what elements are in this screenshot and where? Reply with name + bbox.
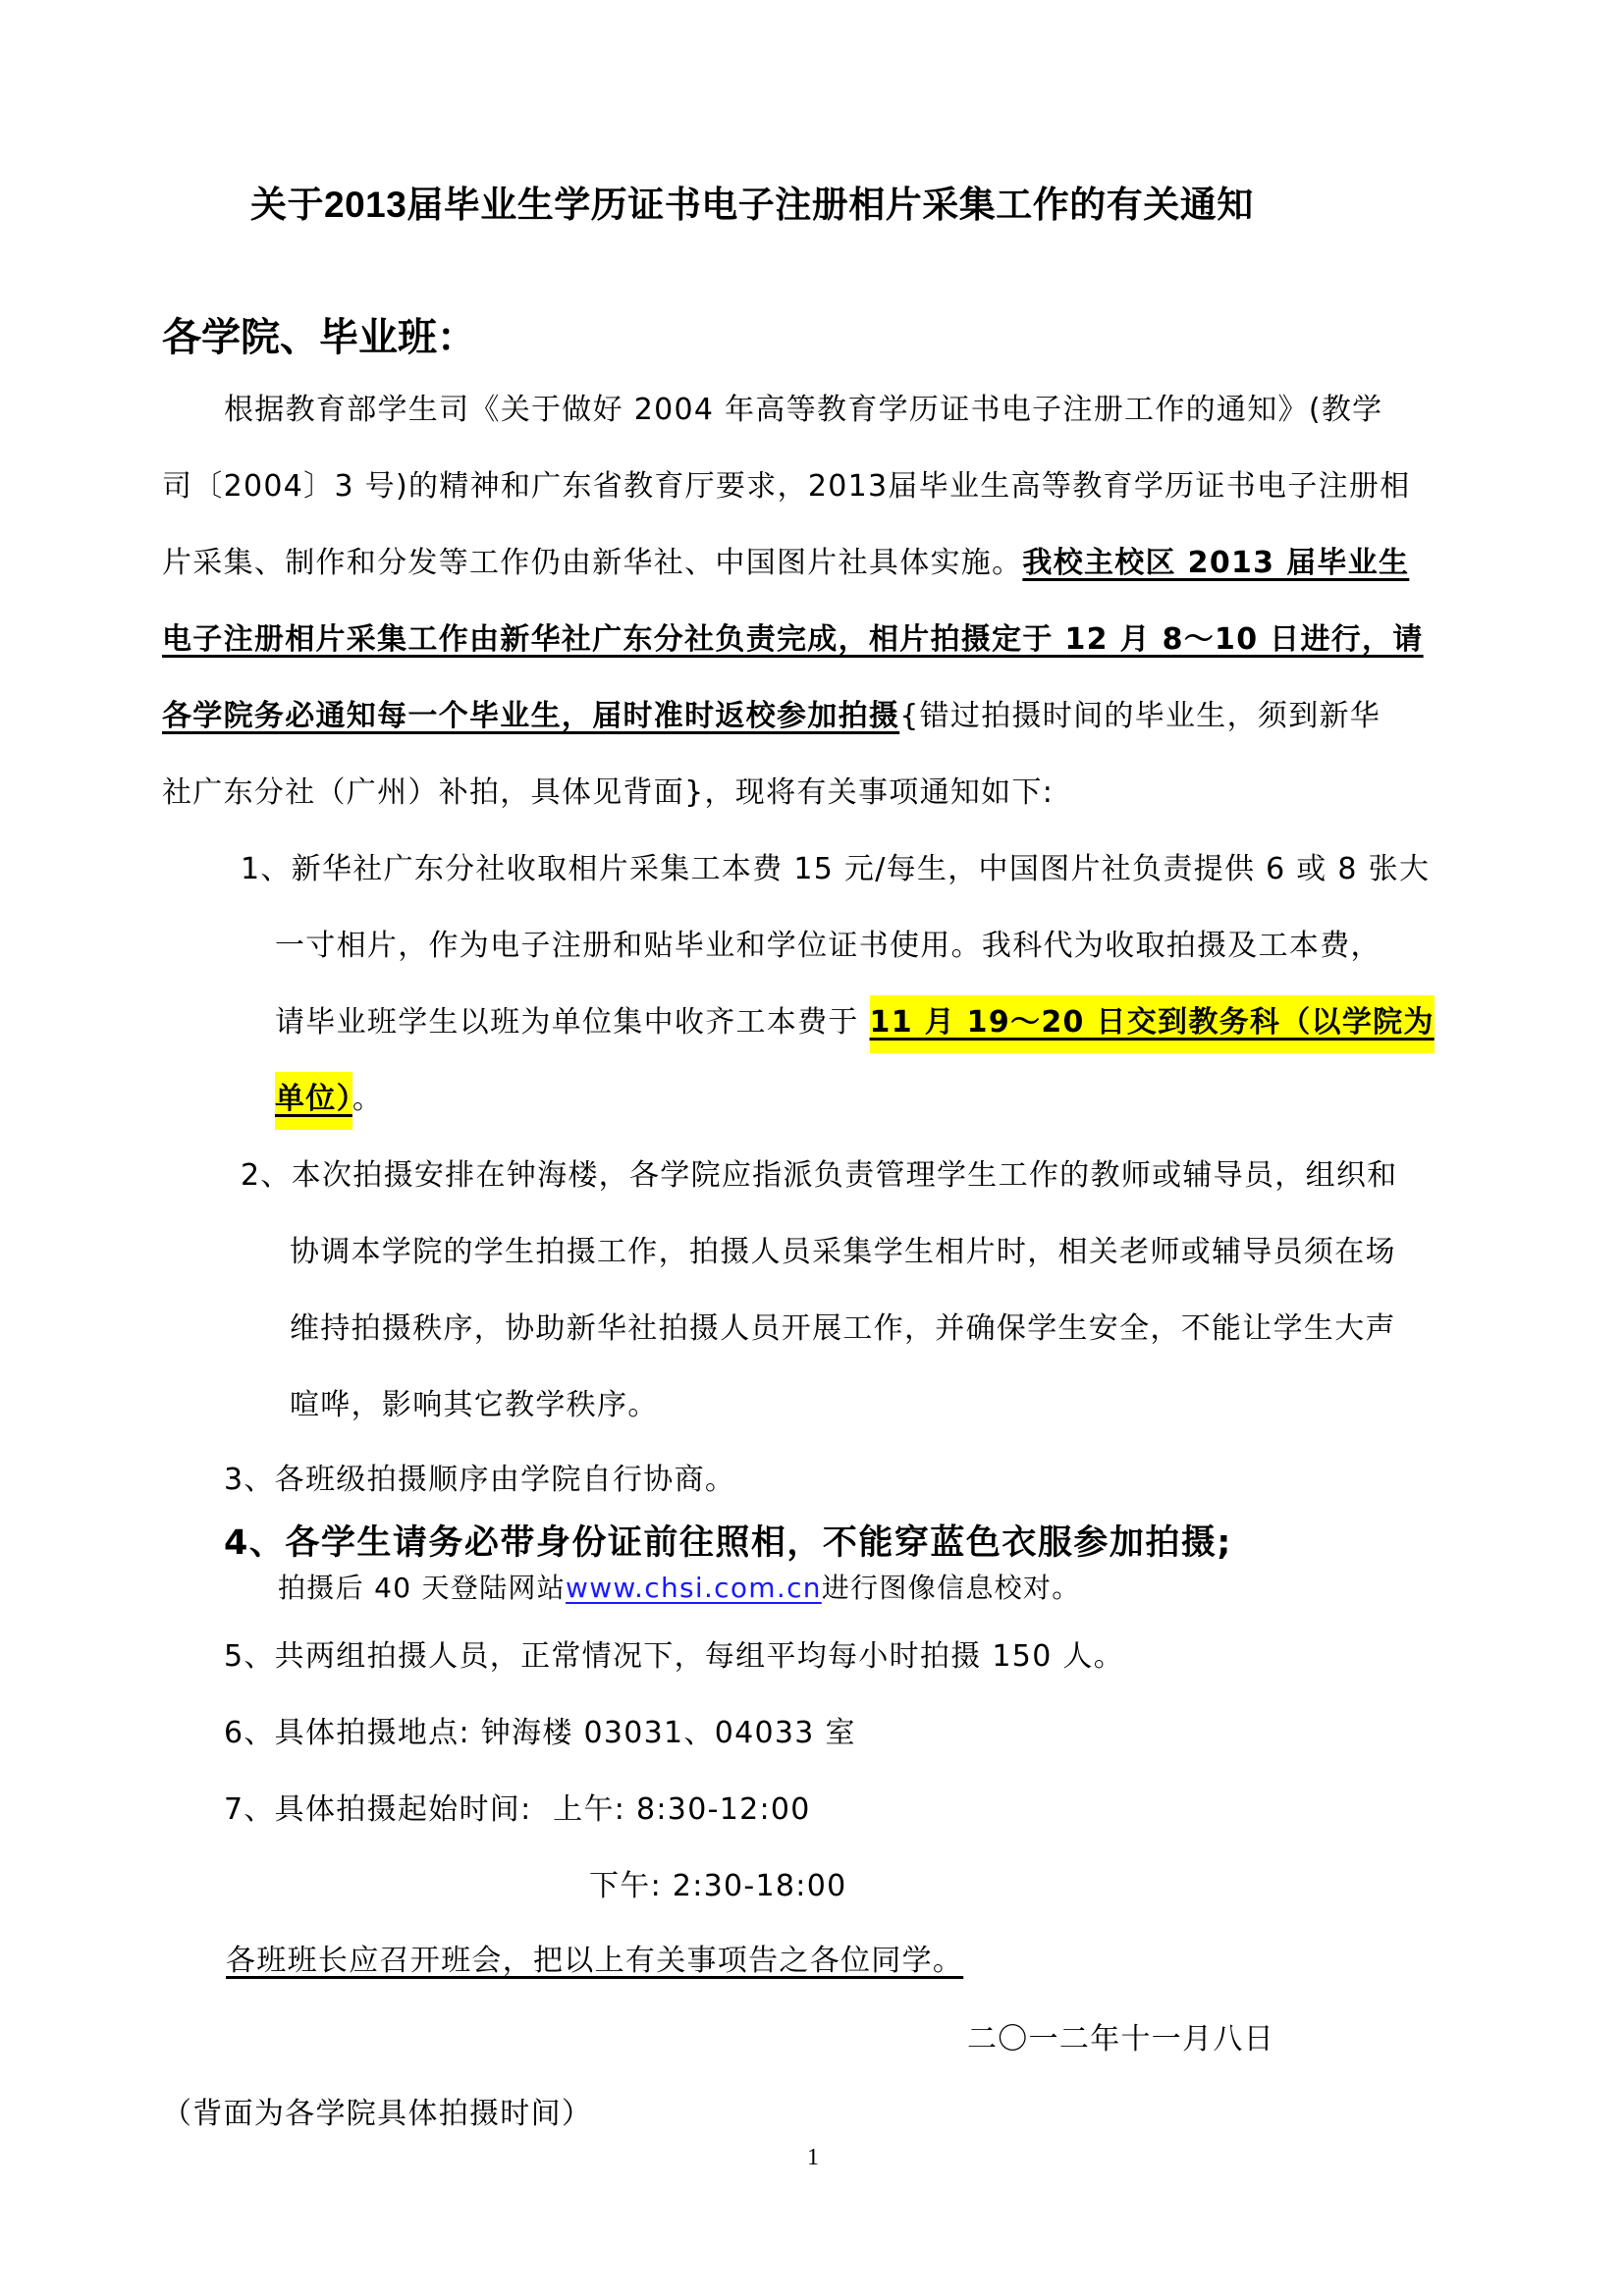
item-4-line-1: 4、各学生请务必带身份证前往照相，不能穿蓝色衣服参加拍摄; xyxy=(224,1516,1232,1565)
item-1-line-3-plain: 请毕业班学生以班为单位集中收齐工本费于 xyxy=(275,1005,870,1040)
item-2-line-2: 协调本学院的学生拍摄工作，拍摄人员采集学生相片时，相关老师或辅导员须在场 xyxy=(290,1233,1396,1272)
item-1-line-1: 1、新华社广东分社收取相片采集工本费 15 元/每生，中国图片社负责提供 6 或… xyxy=(241,850,1430,889)
item-4-line-2-before: 拍摄后 40 天登陆网站 xyxy=(278,1572,566,1604)
item-4-line-2: 拍摄后 40 天登陆网站www.chsi.com.cn进行图像信息校对。 xyxy=(278,1569,1081,1608)
intro-line-3: 片采集、制作和分发等工作仍由新华社、中国图片社具体实施。我校主校区 2013 届… xyxy=(162,544,1409,583)
item-2-line-1: 2、本次拍摄安排在钟海楼，各学院应指派负责管理学生工作的教师或辅导员，组织和 xyxy=(241,1156,1398,1196)
closing-note: 各班班长应召开班会，把以上有关事项告之各位同学。 xyxy=(226,1942,963,1981)
item-2-line-3: 维持拍摄秩序，协助新华社拍摄人员开展工作，并确保学生安全，不能让学生大声 xyxy=(290,1309,1396,1349)
item-1-line-3: 请毕业班学生以班为单位集中收齐工本费于 11 月 19～20 日交到教务科（以学… xyxy=(275,1003,1435,1042)
item-1-line-4: 单位）。 xyxy=(275,1080,383,1119)
item-1-line-2: 一寸相片，作为电子注册和贴毕业和学位证书使用。我科代为收取拍摄及工本费， xyxy=(275,927,1381,966)
intro-line-2: 司〔2004〕3 号)的精神和广东省教育厅要求，2013届毕业生高等教育学历证书… xyxy=(162,467,1411,507)
intro-emphasis-start: 我校主校区 2013 届毕业生 xyxy=(1022,546,1409,580)
intro-line-6: 社广东分社（广州）补拍，具体见背面}，现将有关事项通知如下: xyxy=(162,774,1054,813)
item-2-line-4: 喧哗，影响其它教学秩序。 xyxy=(290,1386,659,1425)
salutation: 各学院、毕业班： xyxy=(162,306,476,362)
item-5: 5、共两组拍摄人员，正常情况下，每组平均每小时拍摄 150 人。 xyxy=(224,1637,1124,1677)
item-4-line-2-after: 进行图像信息校对。 xyxy=(822,1572,1081,1604)
chsi-website-link[interactable]: www.chsi.com.cn xyxy=(566,1572,822,1604)
intro-emphasis-end: 各学院务必通知每一个毕业生，届时准时返校参加拍摄 xyxy=(162,699,899,733)
intro-line-1: 根据教育部学生司《关于做好 2004 年高等教育学历证书电子注册工作的通知》(教… xyxy=(224,391,1382,430)
intro-line-3-plain: 片采集、制作和分发等工作仍由新华社、中国图片社具体实施。 xyxy=(162,546,1022,580)
intro-line-5: 各学院务必通知每一个毕业生，届时准时返校参加拍摄{错过拍摄时间的毕业生，须到新华 xyxy=(162,697,1380,736)
document-date: 二〇一二年十一月八日 xyxy=(967,2020,1274,2059)
fee-deadline-highlight-end: 单位） xyxy=(275,1072,352,1130)
item-7-line-2: 下午: 2:30-18:00 xyxy=(589,1867,847,1906)
item-7-line-1: 7、具体拍摄起始时间: 上午: 8:30-12:00 xyxy=(224,1790,811,1830)
back-page-note: （背面为各学院具体拍摄时间） xyxy=(162,2095,592,2134)
intro-emphasis-line-4: 电子注册相片采集工作由新华社广东分社负责完成，相片拍摄定于 12 月 8～10 … xyxy=(162,620,1424,660)
page-number: 1 xyxy=(807,2145,819,2171)
item-6: 6、具体拍摄地点: 钟海楼 03031、04033 室 xyxy=(224,1714,856,1753)
document-title: 关于2013届毕业生学历证书电子注册相片采集工作的有关通知 xyxy=(250,175,1254,228)
item-3: 3、各班级拍摄顺序由学院自行协商。 xyxy=(224,1461,735,1500)
item-1-line-4-end: 。 xyxy=(352,1082,383,1116)
intro-line-5-plain: {错过拍摄时间的毕业生，须到新华 xyxy=(899,699,1380,733)
fee-deadline-highlight: 11 月 19～20 日交到教务科（以学院为 xyxy=(870,995,1435,1053)
